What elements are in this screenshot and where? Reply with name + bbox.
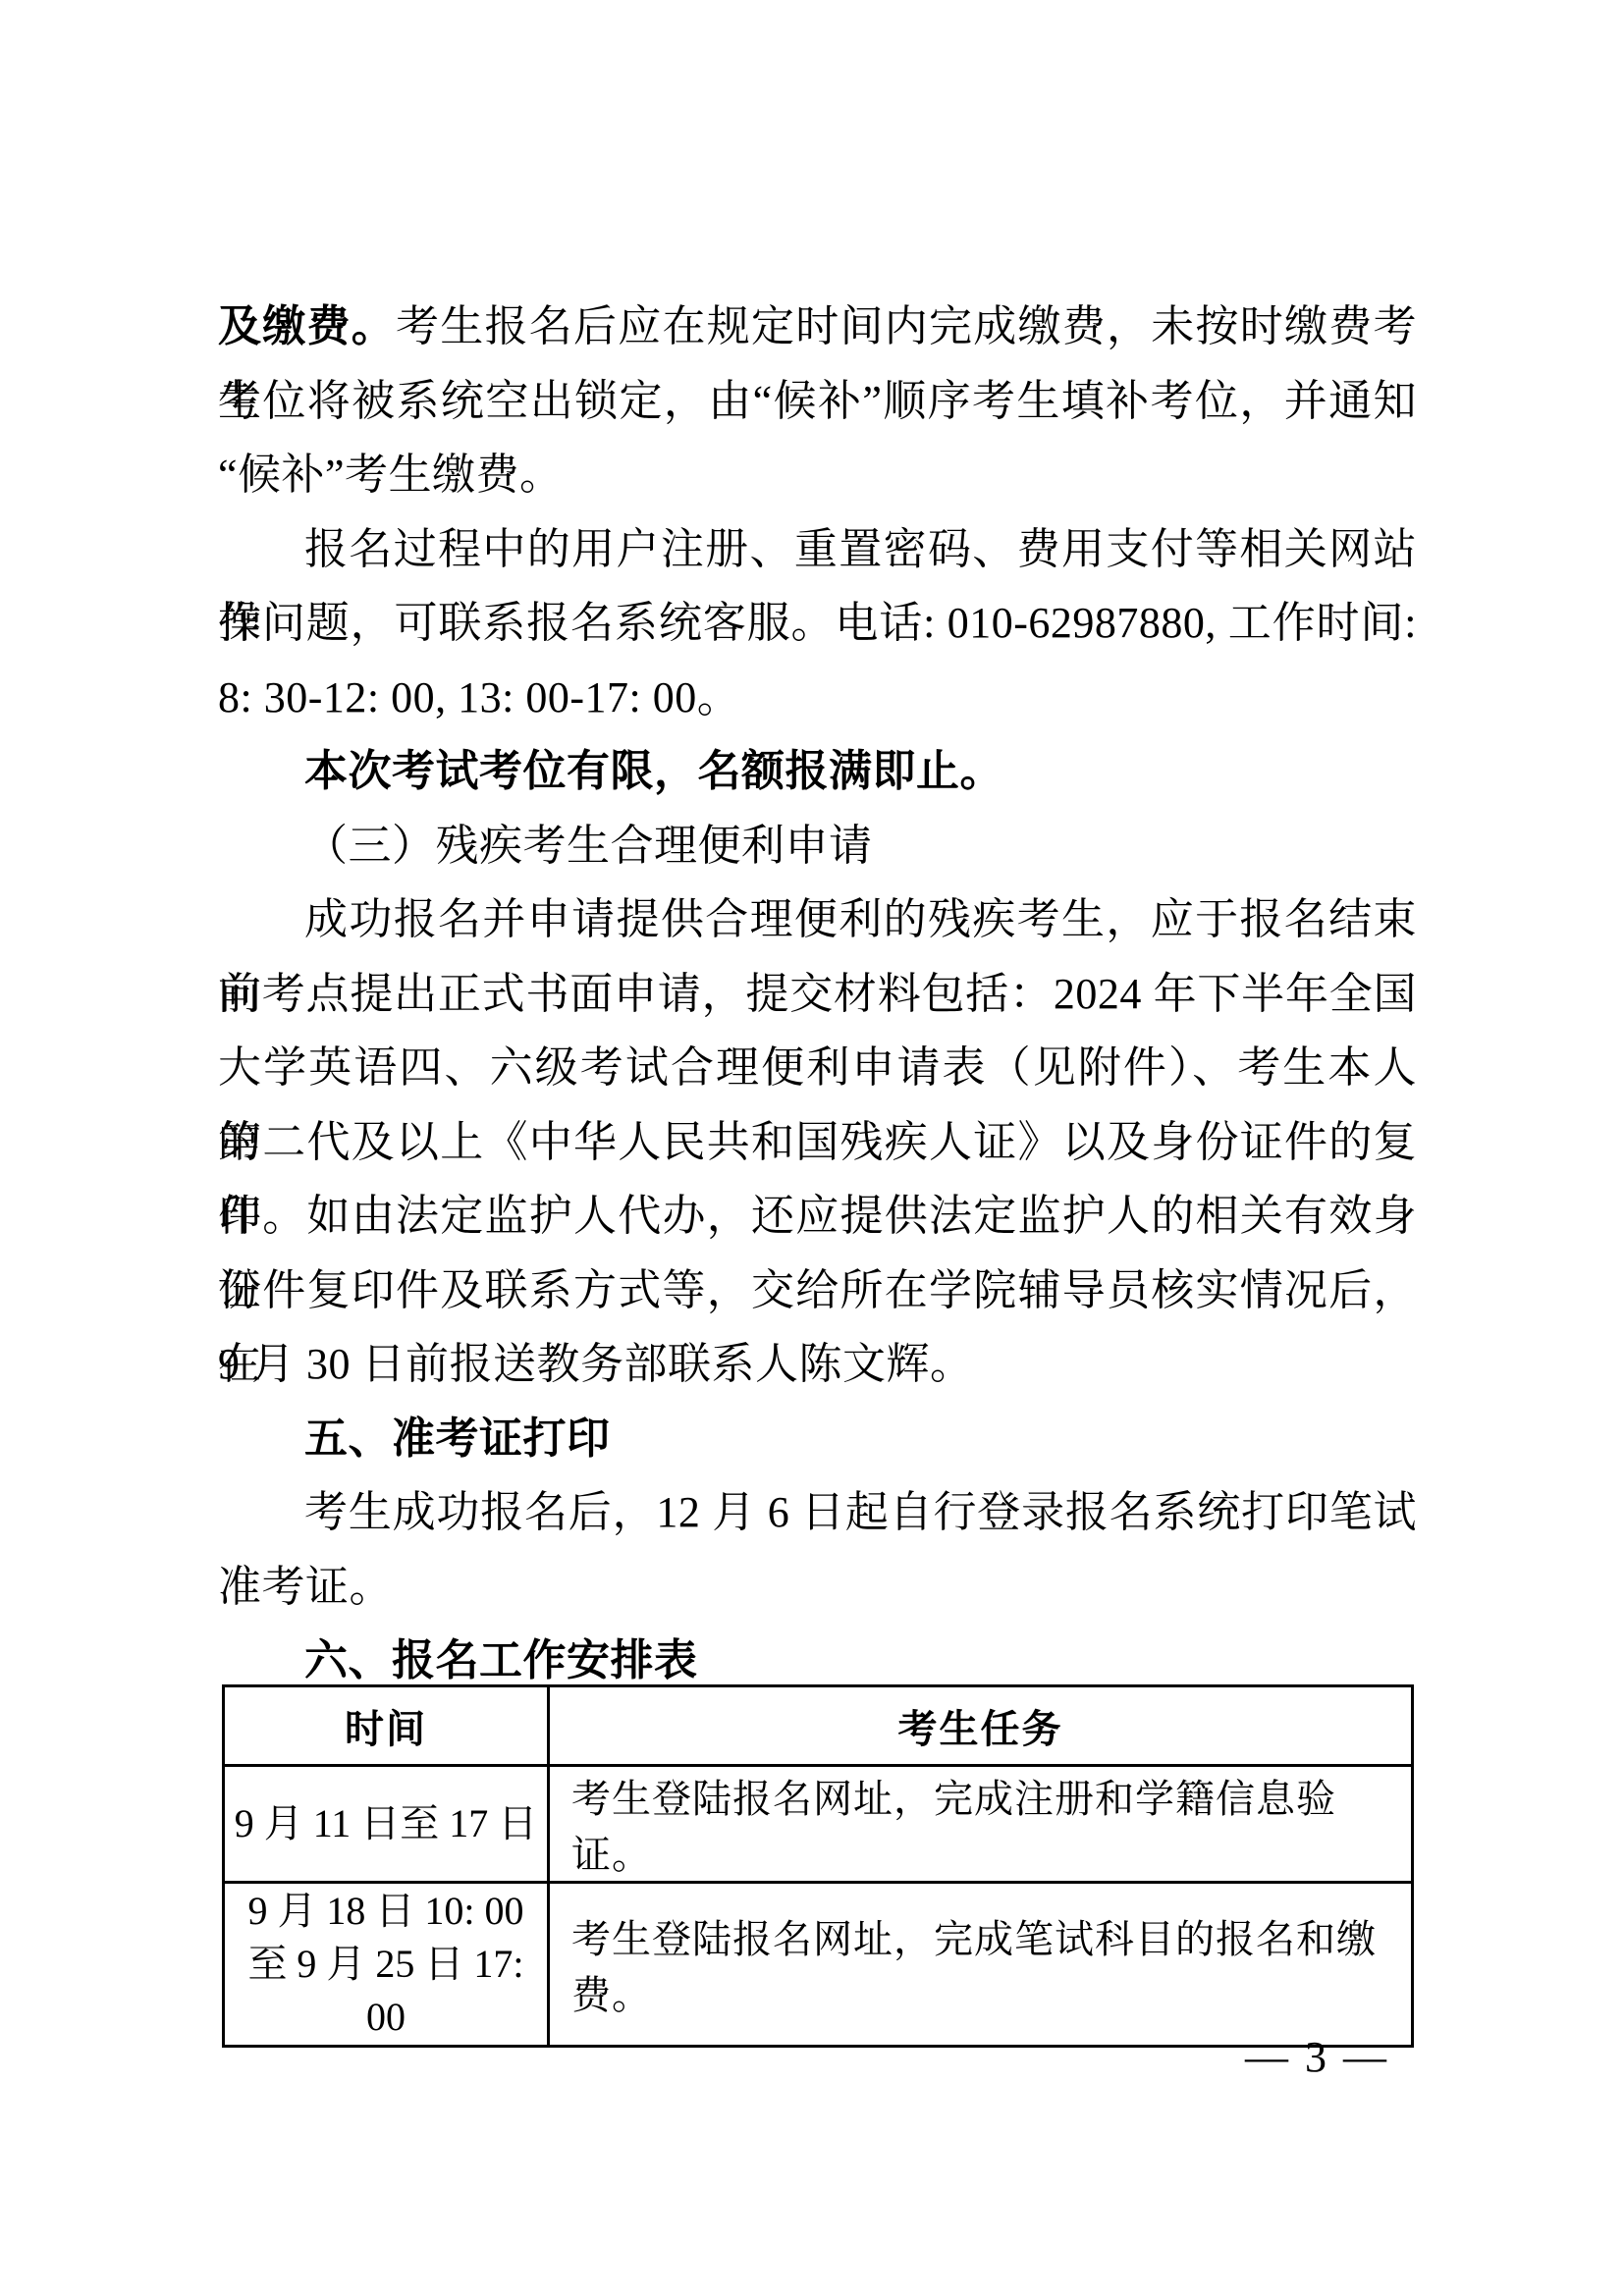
table-row: 9 月 11 日至 17 日 考生登陆报名网址，完成注册和学籍信息验证。 [224, 1766, 1413, 1883]
document-line: 成功报名并申请提供合理便利的残疾考生，应于报名结束前 [218, 882, 1417, 957]
document-line: 考生成功报名后，12 月 6 日起自行登录报名系统打印笔试 [218, 1475, 1417, 1550]
page-number: — 3 — [1245, 2030, 1386, 2085]
table-header-row: 时间 考生任务 [224, 1686, 1413, 1766]
table-header-time: 时间 [224, 1686, 549, 1766]
document-body: 及缴费。考生报名后应在规定时间内完成缴费，未按时缴费考生 考位将被系统空出锁定，… [218, 290, 1417, 1698]
document-line: 考位将被系统空出锁定，由“候补”顺序考生填补考位，并通知 [218, 364, 1417, 439]
table-row: 9 月 18 日 10: 00 至 9 月 25 日 17: 00 考生登陆报名… [224, 1883, 1413, 2047]
document-line: 第二代及以上《中华人民共和国残疾人证》以及身份证件的复印 [218, 1105, 1417, 1180]
table-header-task: 考生任务 [549, 1686, 1413, 1766]
document-line: 作问题，可联系报名系统客服。电话: 010-62987880, 工作时间: [218, 586, 1417, 661]
document-line: 8: 30-12: 00, 13: 00-17: 00。 [218, 661, 1417, 735]
document-line: “候补”考生缴费。 [218, 438, 1417, 512]
document-line: 报名过程中的用户注册、重置密码、费用支付等相关网站操 [218, 512, 1417, 587]
document-line: 准考证。 [218, 1550, 1417, 1625]
section-heading-5: 五、准考证打印 [218, 1402, 1417, 1476]
document-line: 件。如由法定监护人代办，还应提供法定监护人的相关有效身份 [218, 1179, 1417, 1254]
task-cell: 考生登陆报名网址，完成注册和学籍信息验证。 [549, 1766, 1413, 1883]
document-line: 及缴费。考生报名后应在规定时间内完成缴费，未按时缴费考生 [218, 290, 1417, 364]
time-cell: 9 月 18 日 10: 00 至 9 月 25 日 17: 00 [224, 1883, 549, 2047]
document-line: 9 月 30 日前报送教务部联系人陈文辉。 [218, 1327, 1417, 1402]
document-line: 证件复印件及联系方式等，交给所在学院辅导员核实情况后，在 [218, 1254, 1417, 1328]
document-line: 向考点提出正式书面申请，提交材料包括：2024 年下半年全国 [218, 957, 1417, 1032]
time-cell: 9 月 11 日至 17 日 [224, 1766, 549, 1883]
emphasis-line: 本次考试考位有限，名额报满即止。 [218, 734, 1417, 809]
time-line: 9 月 18 日 10: 00 [226, 1885, 546, 1938]
bold-run: 及缴费。 [218, 302, 396, 350]
time-line: 至 9 月 25 日 17: 00 [226, 1938, 546, 2044]
document-page: 及缴费。考生报名后应在规定时间内完成缴费，未按时缴费考生 考位将被系统空出锁定，… [0, 0, 1624, 2296]
subsection-heading-3: （三）残疾考生合理便利申请 [218, 809, 1417, 883]
document-line: 大学英语四、六级考试合理便利申请表（见附件）、考生本人的 [218, 1031, 1417, 1105]
task-cell: 考生登陆报名网址，完成笔试科目的报名和缴费。 [549, 1883, 1413, 2047]
registration-schedule-table: 时间 考生任务 9 月 11 日至 17 日 考生登陆报名网址，完成注册和学籍信… [222, 1684, 1414, 2048]
